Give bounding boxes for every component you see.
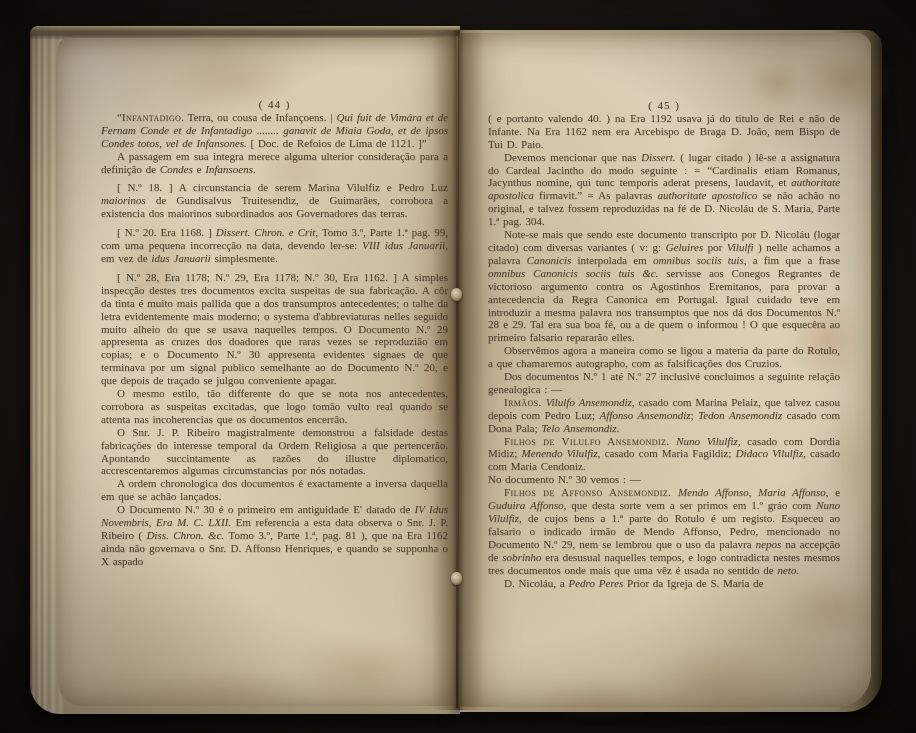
text-run: interpolada em xyxy=(571,255,653,267)
text-run: omnibus Canonicis sociis tuis &c. xyxy=(488,268,658,280)
text-run: Geluires xyxy=(666,242,703,254)
text-run: simplesmente. xyxy=(211,253,278,265)
text-run: Nuno Vilulfiz xyxy=(676,436,738,448)
text-run: Diss. Chron. &c. xyxy=(146,530,224,542)
text-run: A passagem em sua integra merece alguma … xyxy=(101,151,448,176)
text-run: O Snr. J. P. Ribeiro magistralmente demo… xyxy=(101,427,448,478)
text-run: Infansoens xyxy=(205,164,253,176)
text-run: . xyxy=(617,423,620,435)
text-run: firmavit.” = As palavras xyxy=(534,190,658,202)
paragraph: Observêmos agora a maneira como se ligou… xyxy=(488,345,840,371)
text-run: O Documento N.º 30 é o primeiro em antig… xyxy=(117,504,415,516)
text-run: Telo Ansemondiz xyxy=(541,423,616,435)
paragraph: Note-se mais que sendo este documento tr… xyxy=(488,229,840,345)
text-run: ( e portanto valendo 40. ) na Era 1192 u… xyxy=(488,113,840,151)
text-run: sobrinho xyxy=(502,552,541,564)
text-run: omnibus sociis tuis xyxy=(653,255,744,267)
text-run: , a fim que a frase xyxy=(744,255,840,267)
text-run: authoritate apostolico xyxy=(657,190,757,202)
text-run: Pedro Peres xyxy=(568,578,623,590)
paragraph: O mesmo estilo, tão differente do que se… xyxy=(101,388,448,427)
text-run: idus Januarii xyxy=(151,253,210,265)
paragraph: Filhos de Affonso Ansemondiz. Mendo Affo… xyxy=(488,487,840,577)
paragraph: Dos documentos N.º 1 até N.º 27 inclusiv… xyxy=(488,371,840,397)
stain xyxy=(539,678,664,723)
text-run: Didaco Vilulfiz xyxy=(736,448,804,460)
text-run: Maria Affonso xyxy=(758,487,826,499)
text-run: [ N.º 28, Era 1178; N.º 29, Era 1178; N.… xyxy=(101,272,448,387)
text-run: . Terra, ou cousa de Infançoens. | xyxy=(181,112,336,124)
text-run: . xyxy=(796,565,799,577)
binding-thread xyxy=(456,36,458,708)
text-run: . xyxy=(253,164,256,176)
paragraph: Irmãos. Vilulfo Ansemondiz, casado com M… xyxy=(488,397,840,436)
paragraph: A ordem chronologica dos documentos é ex… xyxy=(101,478,448,504)
text-run: Observêmos agora a maneira como se ligou… xyxy=(488,345,840,370)
binding-thread-knot xyxy=(451,288,462,301)
text-run: , casado com Maria Fagildiz; xyxy=(598,448,736,460)
text-run: Condes xyxy=(160,164,193,176)
paragraph: Devemos mencionar que nas Dissert. ( lug… xyxy=(488,152,840,229)
text-run: Guduira Affonso xyxy=(488,500,564,512)
text-run: A ordem chronologica dos documentos é ex… xyxy=(101,478,448,503)
paragraph: A passagem em sua integra merece alguma … xyxy=(101,151,448,177)
text-run: , que desta sorte vem a ser primos em 1.… xyxy=(564,500,817,512)
text-run: Affonso Ansemondiz xyxy=(600,410,691,422)
paragraph: D. Nicoláu, a Pedro Peres Prior da Igrej… xyxy=(488,578,840,591)
text-run: por xyxy=(703,242,727,254)
paragraph: O Documento N.º 30 é o primeiro em antig… xyxy=(101,504,448,569)
text-run: e xyxy=(193,164,205,176)
text-run: No documento N.º 30 vemos : — xyxy=(488,474,641,486)
paragraph: [ N.º 28, Era 1178; N.º 29, Era 1178; N.… xyxy=(101,272,448,388)
text-run: de Gundisalvus Truitesendiz, de Guimarãe… xyxy=(101,195,448,220)
text-run: , e xyxy=(826,487,840,499)
text-run: O mesmo estilo, tão differente do que se… xyxy=(101,388,448,426)
text-run: D. Nicoláu, a xyxy=(504,578,568,590)
text-run: Filhos de Vilulfo Ansemondiz. xyxy=(504,436,669,448)
paragraph: ( e portanto valendo 40. ) na Era 1192 u… xyxy=(488,113,840,152)
paragraph: “Infantadigo. Terra, ou cousa de Infanço… xyxy=(101,112,448,151)
text-run xyxy=(671,487,678,499)
paragraph: [ N.º 18. ] A circunstancia de serem Mar… xyxy=(101,182,448,221)
book-photo: ( 44 ) “Infantadigo. Terra, ou cousa de … xyxy=(0,0,916,733)
text-run: Vilulfo Ansemondiz xyxy=(546,397,632,409)
page-45-paragraphs: ( e portanto valendo 40. ) na Era 1192 u… xyxy=(488,113,840,591)
text-run: [ N.º 20. Era 1168. ] xyxy=(117,227,216,239)
page-44-paragraphs: “Infantadigo. Terra, ou cousa de Infanço… xyxy=(101,112,448,569)
binding-thread-knot xyxy=(451,572,462,585)
text-run: , xyxy=(749,487,758,499)
text-run: Menendo Vilulfiz xyxy=(522,448,598,460)
text-run: Dissert. Chron. e Crit xyxy=(216,227,316,239)
page-45-text: ( 45 ) ( e portanto valendo 40. ) na Era… xyxy=(488,100,840,590)
text-run: Era M. C. LXII. xyxy=(156,517,231,529)
text-run: Devemos mencionar que nas xyxy=(504,152,641,164)
text-run: Infantadigo xyxy=(122,112,181,124)
text-run: Dissert. xyxy=(641,152,676,164)
text-run: Mendo Affonso xyxy=(678,487,749,499)
text-run: [ Doc. de Refoios de Lima de 1121. ]” xyxy=(247,138,427,150)
text-run: neto xyxy=(777,565,796,577)
page-number-45: ( 45 ) xyxy=(488,100,840,113)
text-run: nepos xyxy=(756,539,782,551)
paragraph: No documento N.º 30 vemos : — xyxy=(488,474,840,487)
paragraph: [ N.º 20. Era 1168. ] Dissert. Chron. e … xyxy=(101,227,448,266)
text-run: [ N.º 18. ] A circunstancia de serem Mar… xyxy=(117,182,448,194)
paragraph: Filhos de Vilulfo Ansemondiz. Nuno Vilul… xyxy=(488,436,840,475)
text-run: Irmãos. xyxy=(504,397,542,409)
page-number-44: ( 44 ) xyxy=(101,99,448,112)
text-run: , xyxy=(149,517,156,529)
paragraph: O Snr. J. P. Ribeiro magistralmente demo… xyxy=(101,427,448,479)
text-run: Tedon Ansemondiz xyxy=(698,410,782,422)
text-run: maiorinos xyxy=(101,195,146,207)
stain xyxy=(296,633,436,708)
text-run: Filhos de Affonso Ansemondiz. xyxy=(504,487,671,499)
text-run: Canonicis xyxy=(527,255,572,267)
text-run: VIII idus Januarii xyxy=(362,240,445,252)
text-run: Prior da Igreja de S. Maria de xyxy=(623,578,763,590)
page-44-text: ( 44 ) “Infantadigo. Terra, ou cousa de … xyxy=(101,99,448,569)
text-run: Dos documentos N.º 1 até N.º 27 inclusiv… xyxy=(488,371,840,396)
text-run: Vilulfi xyxy=(727,242,754,254)
